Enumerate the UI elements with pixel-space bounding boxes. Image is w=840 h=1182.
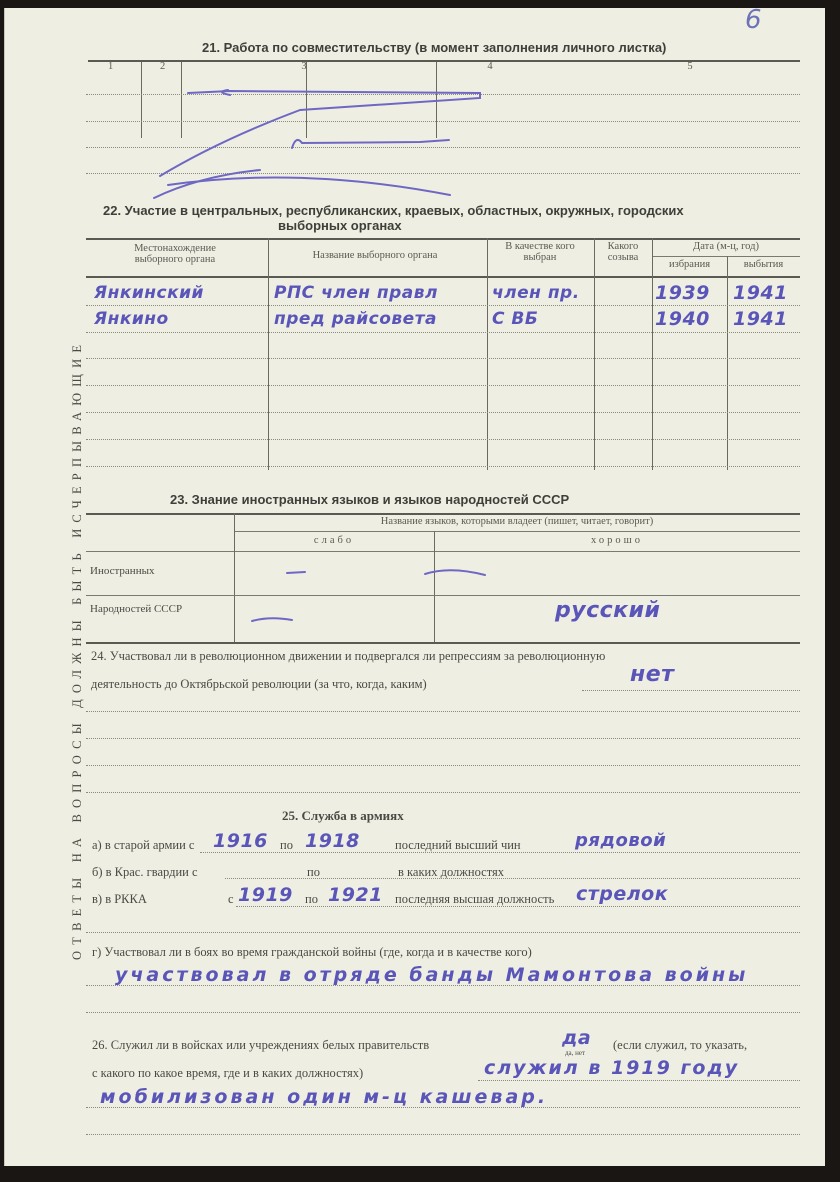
cross-out-zigzag	[160, 91, 480, 176]
weak-ussr-dash	[252, 618, 292, 621]
weak-foreign-dash	[287, 572, 305, 573]
ink-strokes	[0, 0, 840, 1182]
good-foreign-dash	[425, 570, 485, 575]
cross-out-line	[292, 140, 449, 148]
cross-out-arc	[168, 177, 450, 195]
